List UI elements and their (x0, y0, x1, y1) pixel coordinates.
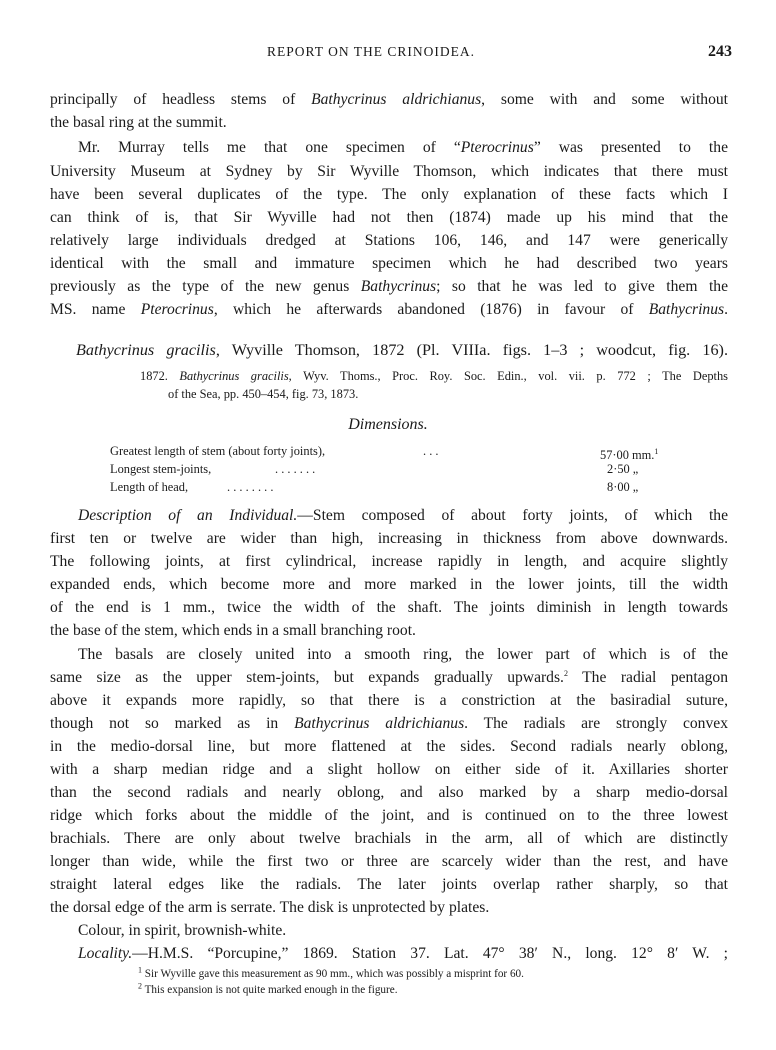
body-line: same size as the upper stem-joints, but … (50, 668, 728, 688)
body-line: than the second radials and nearly oblon… (50, 783, 728, 803)
body-line: brachials. There are only about twelve b… (50, 829, 728, 849)
locality-line: Locality.—H.M.S. “Porcupine,” 1869. Stat… (78, 944, 728, 964)
body-line: Description of an Individual.—Stem compo… (78, 506, 728, 526)
taxon-name: Pterocrinus (141, 301, 214, 318)
body-line: the basal ring at the summit. (50, 113, 728, 133)
body-line: the dorsal edge of the arm is serrate. T… (50, 898, 728, 918)
body-line: can think of is, that Sir Wyville had no… (50, 208, 728, 228)
body-line: relatively large individuals dredged at … (50, 231, 728, 251)
body-line: of the end is 1 mm., twice the width of … (50, 598, 728, 618)
book-page: REPORT ON THE CRINOIDEA. 243 principally… (0, 0, 776, 1050)
footnote: 1 Sir Wyville gave this measurement as 9… (138, 967, 524, 982)
body-line: above it expands more rapidly, so that t… (50, 691, 728, 711)
species-heading: Bathycrinus gracilis, Wyville Thomson, 1… (76, 340, 728, 360)
body-line: The following joints, at first cylindric… (50, 552, 728, 572)
running-title: REPORT ON THE CRINOIDEA. (267, 44, 475, 60)
taxon-name: Bathycrinus (649, 301, 724, 318)
body-line: expanded ends, which become more and mor… (50, 575, 728, 595)
body-line: in the medio-dorsal line, but more flatt… (50, 737, 728, 757)
leader-dots: . . . . . . . . (227, 479, 273, 496)
synonymy-line: of the Sea, pp. 450–454, fig. 73, 1873. (168, 386, 358, 403)
body-line: principally of headless stems of Bathycr… (50, 90, 728, 110)
body-line: first ten or twelve are wider than high,… (50, 529, 728, 549)
body-line: The basals are closely united into a smo… (78, 645, 728, 665)
body-line: though not so marked as in Bathycrinus a… (50, 714, 728, 734)
dimension-label: Greatest length of stem (about forty joi… (110, 443, 325, 460)
body-line: Mr. Murray tells me that one specimen of… (78, 138, 728, 158)
body-line: have been several duplicates of the type… (50, 185, 728, 205)
dimensions-title: Dimensions. (0, 416, 776, 434)
taxon-name: Bathycrinus (361, 278, 436, 295)
section-lead: Description of an Individual. (78, 507, 297, 524)
body-line: ridge which forks about the middle of th… (50, 806, 728, 826)
taxon-name: Bathycrinus gracilis (179, 369, 288, 383)
dimension-value: 8·00 „ (607, 479, 638, 496)
section-lead: Locality. (78, 945, 132, 962)
synonymy-line: 1872. Bathycrinus gracilis, Wyv. Thoms.,… (140, 368, 728, 385)
body-line: the base of the stem, which ends in a sm… (50, 621, 728, 641)
taxon-name: Bathycrinus aldrichianus (294, 715, 464, 732)
running-head: REPORT ON THE CRINOIDEA. 243 (0, 44, 776, 66)
dimension-label: Longest stem-joints, (110, 461, 211, 478)
body-line: straight lateral edges like the radials.… (50, 875, 728, 895)
body-line: identical with the small and immature sp… (50, 254, 728, 274)
dimension-value: 2·50 „ (607, 461, 638, 478)
body-line: University Museum at Sydney by Sir Wyvil… (50, 162, 728, 182)
colour-line: Colour, in spirit, brownish-white. (78, 921, 728, 941)
page-number: 243 (708, 43, 732, 61)
taxon-name: Pterocrinus (461, 139, 534, 156)
leader-dots: . . . . . . . (275, 461, 315, 478)
species-name: Bathycrinus gracilis (76, 341, 216, 359)
body-line: MS. name Pterocrinus, which he afterward… (50, 300, 728, 320)
leader-dots: . . . (423, 443, 439, 460)
body-line: longer than wide, while the first two or… (50, 852, 728, 872)
body-line: previously as the type of the new genus … (50, 277, 728, 297)
dimension-label: Length of head, (110, 479, 188, 496)
footnote: 2 This expansion is not quite marked eno… (138, 983, 398, 998)
taxon-name: Bathycrinus aldrichianus (311, 91, 481, 108)
body-line: with a sharp median ridge and a slight h… (50, 760, 728, 780)
